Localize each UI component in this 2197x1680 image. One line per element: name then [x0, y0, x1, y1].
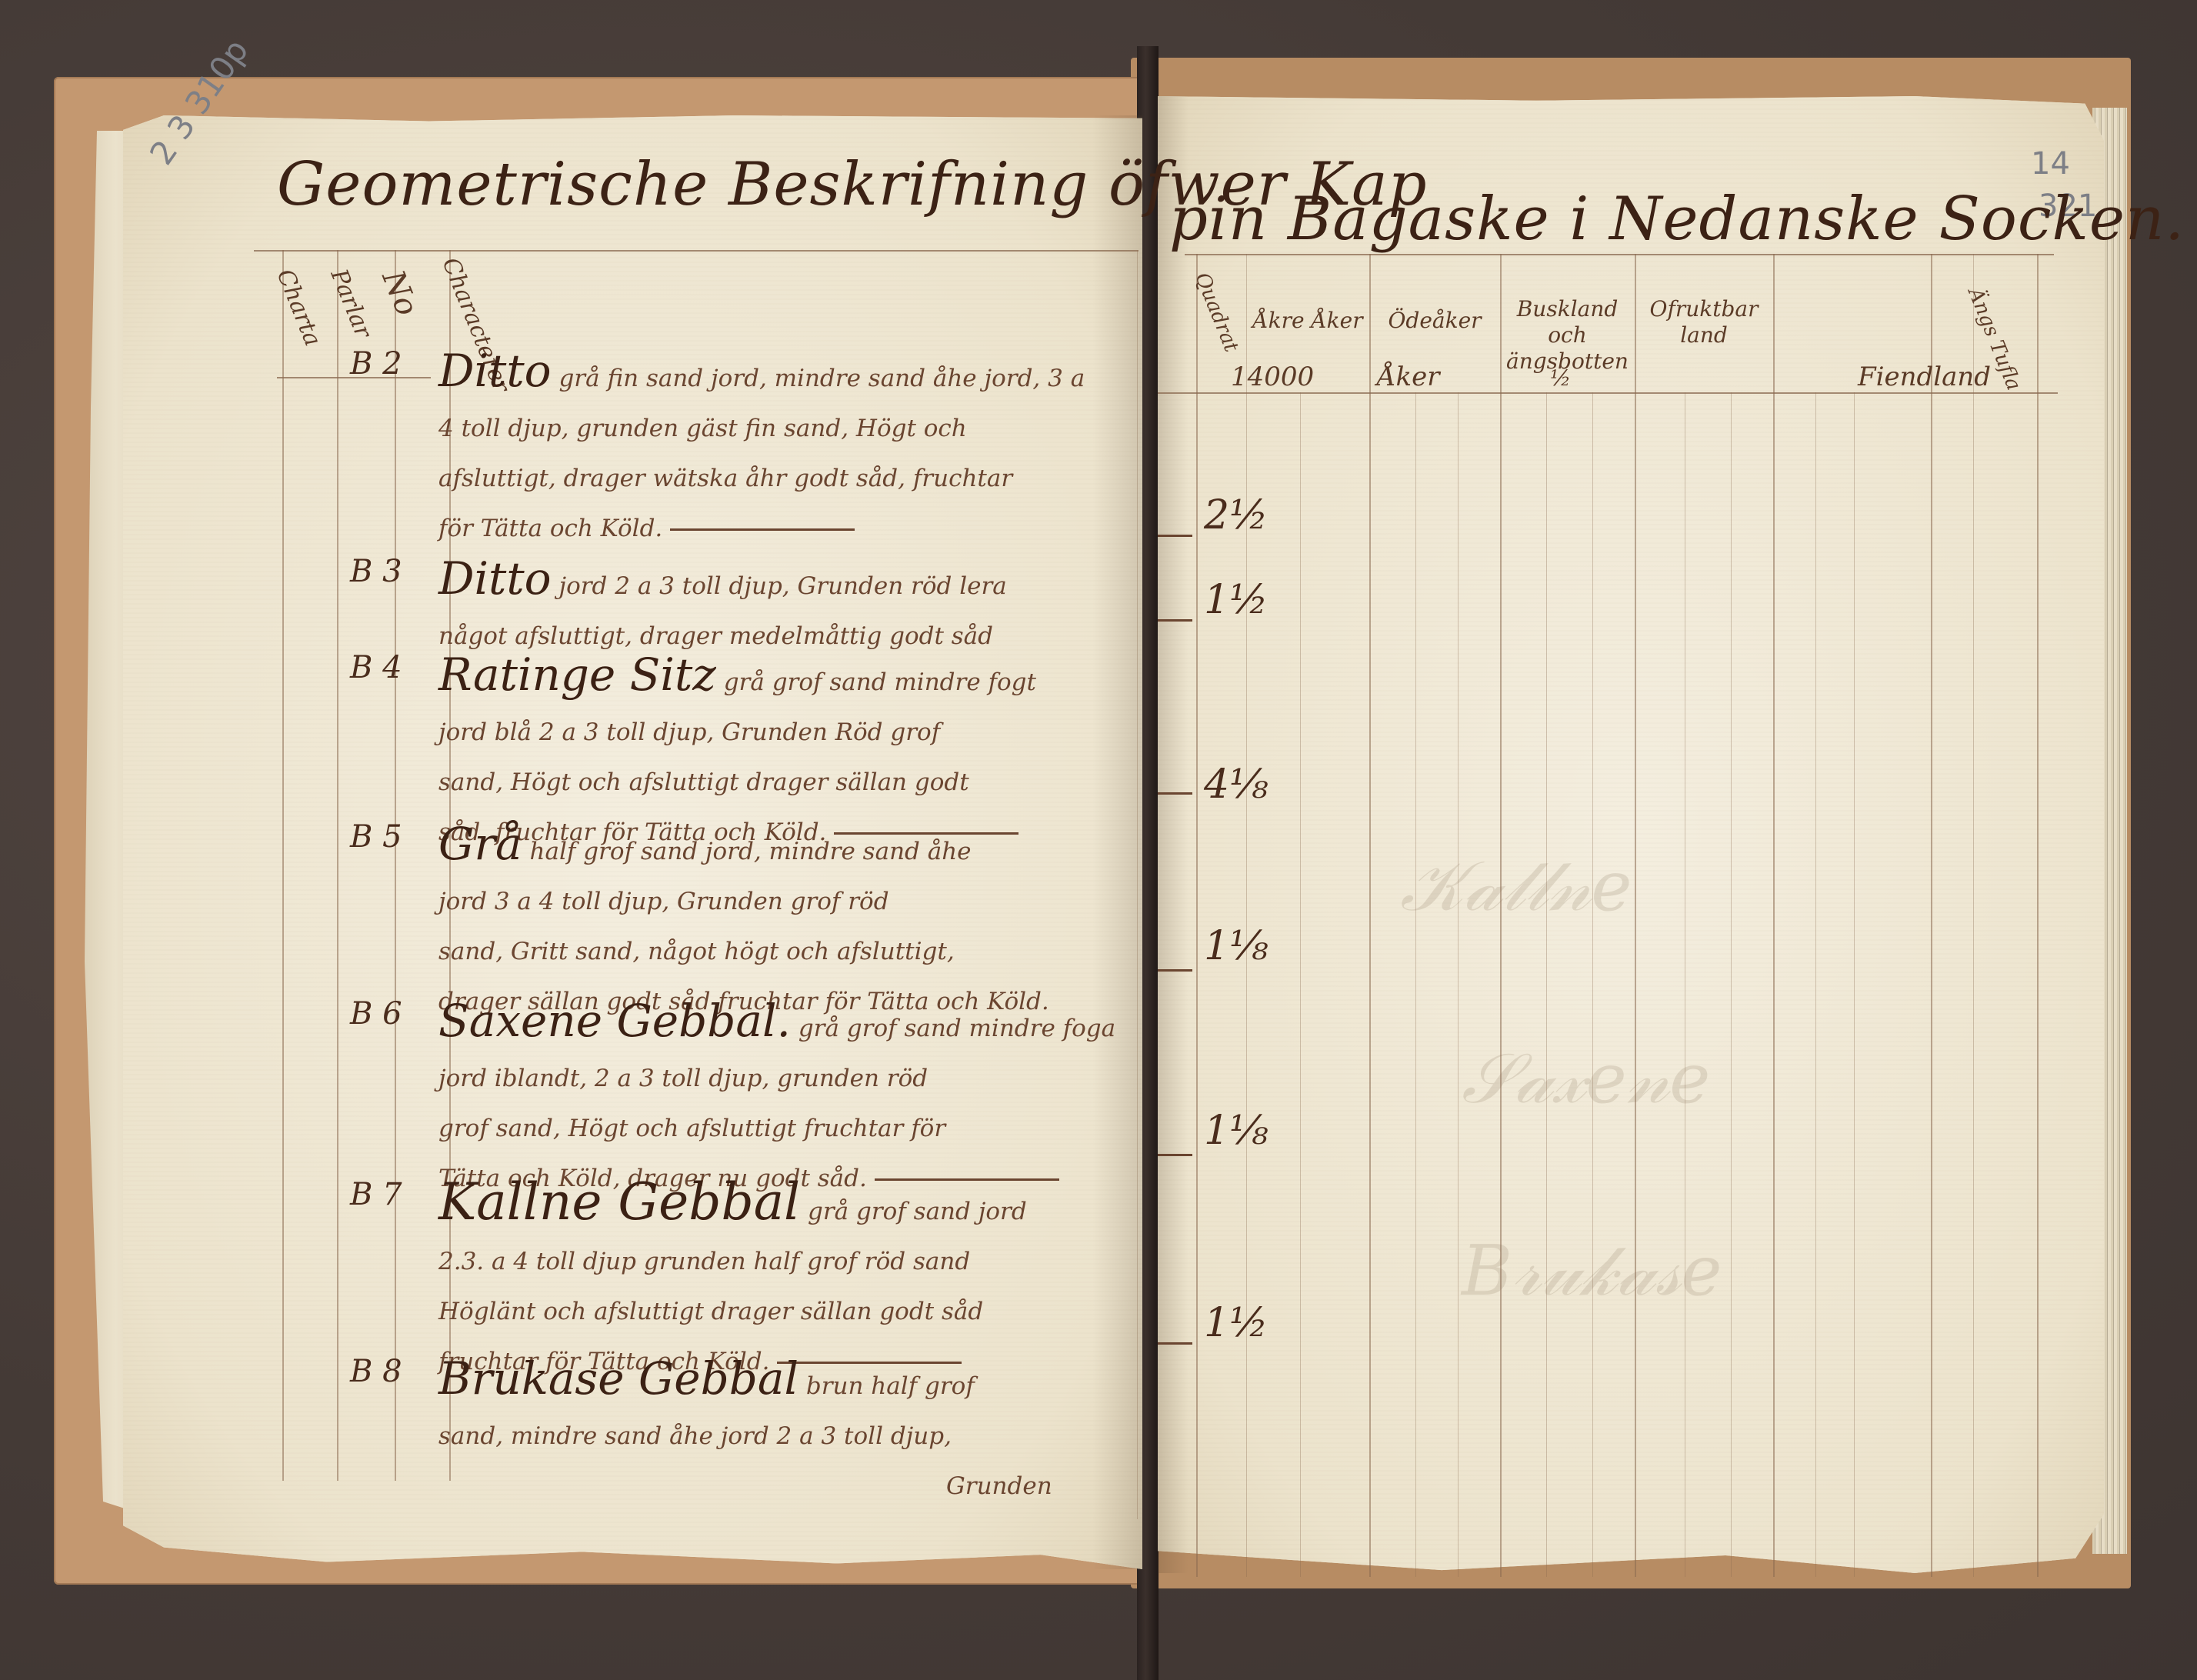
column-header-buskland: Buskland och ängsbotten — [1504, 296, 1631, 375]
entry-text: sand, Gritt sand, något högt och afslutt… — [438, 927, 1146, 977]
column-rule — [1635, 254, 1636, 1577]
entry-text: grå fin sand jord, mindre sand åhe jord,… — [558, 365, 1085, 392]
column-rule — [1369, 254, 1371, 1577]
header-rule-bottom — [1158, 392, 2058, 394]
entry-name: Ditto — [438, 345, 552, 397]
entry-text: Höglänt och afsluttigt drager sällan god… — [438, 1287, 1146, 1337]
entry-name: Ratinge Sitz — [438, 648, 716, 701]
cell-odeaker-value: ½ — [1550, 365, 1571, 391]
column-rule — [1500, 254, 1502, 1577]
cell-ofruktbar-value: Fiendland — [1858, 362, 1991, 392]
offset-ink-mark: 𝒮𝒶𝓍𝑒𝓃𝑒 — [1462, 1038, 1710, 1120]
entry-text: sand, Högt och afsluttigt drager sällan … — [438, 758, 1146, 808]
column-rule — [1815, 392, 1816, 1577]
column-rule — [1854, 392, 1855, 1577]
entry-name: Saxene Gebbal. — [438, 995, 791, 1047]
column-rule — [1546, 392, 1547, 1577]
entry-text: grof sand, Högt och afsluttigt fruchtar … — [438, 1104, 1146, 1154]
row-dash — [1158, 535, 1192, 537]
ledger-entry-b3: B 3 Ditto jord 2 a 3 toll djup, Grunden … — [438, 554, 1146, 662]
pencil-folio-right-top: 14 — [2031, 146, 2070, 182]
entry-text: grå grof sand mindre foga — [798, 1015, 1115, 1042]
header-rule-top — [1185, 254, 2054, 255]
column-rule — [395, 250, 396, 1481]
entry-name: Grå — [438, 818, 522, 870]
area-value: 1⅛ — [1204, 1108, 1268, 1154]
entry-text: 4 toll djup, grunden gäst fin sand, Högt… — [438, 404, 1146, 454]
row-dash — [1158, 1154, 1192, 1156]
column-header-akre-aker: Åkre Åker — [1250, 308, 1365, 334]
column-rule — [1731, 392, 1732, 1577]
entry-catchword: Grunden — [438, 1462, 1146, 1512]
column-rule — [1196, 254, 1198, 1577]
entry-text: för Tätta och Köld. — [438, 515, 662, 542]
column-header-odeaker: Ödeåker — [1373, 308, 1496, 334]
cell-aker-value: Åker — [1377, 362, 1440, 392]
entry-text: 2.3. a 4 toll djup grunden half grof röd… — [438, 1237, 1146, 1287]
entry-name: Kallne Gebbal — [438, 1172, 800, 1232]
entry-code: B 6 — [350, 996, 402, 1032]
entry-text: sand, mindre sand åhe jord 2 a 3 toll dj… — [438, 1412, 1146, 1462]
entry-text: brun half grof — [806, 1372, 975, 1400]
entry-text: jord 2 a 3 toll djup, Grunden röd lera — [558, 572, 1006, 600]
entry-code: B 4 — [350, 650, 402, 685]
column-rule — [1458, 392, 1459, 1577]
row-dash — [1158, 969, 1192, 972]
cell-quadrat-value: 14000 — [1231, 362, 1314, 392]
header-rule-top — [254, 250, 1139, 252]
entry-name: Ditto — [438, 552, 552, 605]
offset-ink-mark: 𝒦𝒶𝓁𝓁𝓃𝑒 — [1400, 846, 1632, 928]
page-title-right: pin Bagaske i Nedanske Socken. — [1169, 185, 2185, 254]
column-rule — [1773, 254, 1775, 1577]
column-rule — [1973, 254, 1974, 1577]
column-rule — [2037, 254, 2039, 1577]
area-value: 4⅛ — [1204, 762, 1268, 808]
column-rule — [337, 250, 338, 1481]
entry-text: grå grof sand jord — [808, 1198, 1027, 1225]
entry-name: Brukase Gebbal — [438, 1352, 798, 1405]
entry-text: grå grof sand mindre fogt — [724, 668, 1036, 696]
area-value: 1½ — [1204, 1300, 1268, 1346]
column-header-ofruktbar: Ofruktbar land — [1639, 296, 1769, 348]
column-rule — [1300, 392, 1301, 1577]
column-rule — [1931, 254, 1932, 1577]
row-dash — [1158, 619, 1192, 622]
area-value: 2½ — [1204, 492, 1268, 538]
entry-code: B 8 — [350, 1354, 402, 1389]
entry-code: B 5 — [350, 819, 402, 855]
area-value: 1⅛ — [1204, 923, 1268, 969]
entry-text: jord 3 a 4 toll djup, Grunden grof röd — [438, 877, 1146, 927]
gutter-shadow-right — [1158, 96, 1189, 1573]
column-rule — [1415, 392, 1416, 1577]
ledger-entry-b8: B 8 Brukase Gebbal brun half grof sand, … — [438, 1354, 1146, 1512]
entry-text: jord blå 2 a 3 toll djup, Grunden Röd gr… — [438, 708, 1146, 758]
entry-text: jord iblandt, 2 a 3 toll djup, grunden r… — [438, 1054, 1146, 1104]
column-rule — [282, 250, 284, 1481]
row-dash — [1158, 792, 1192, 795]
entry-text: half grof sand jord, mindre sand åhe — [530, 838, 972, 865]
entry-code: B 7 — [350, 1177, 402, 1212]
entry-end-rule — [670, 528, 855, 531]
entry-code: B 2 — [350, 346, 402, 382]
column-rule — [1246, 254, 1247, 1577]
area-value: 1½ — [1204, 577, 1268, 623]
column-rule — [1685, 392, 1685, 1577]
ledger-entry-b2: B 2 Ditto grå fin sand jord, mindre sand… — [438, 346, 1146, 554]
row-dash — [1158, 1342, 1192, 1345]
entry-code: B 3 — [350, 554, 402, 589]
entry-text: afsluttigt, drager wätska åhr godt såd, … — [438, 454, 1146, 504]
column-rule — [1592, 392, 1593, 1577]
